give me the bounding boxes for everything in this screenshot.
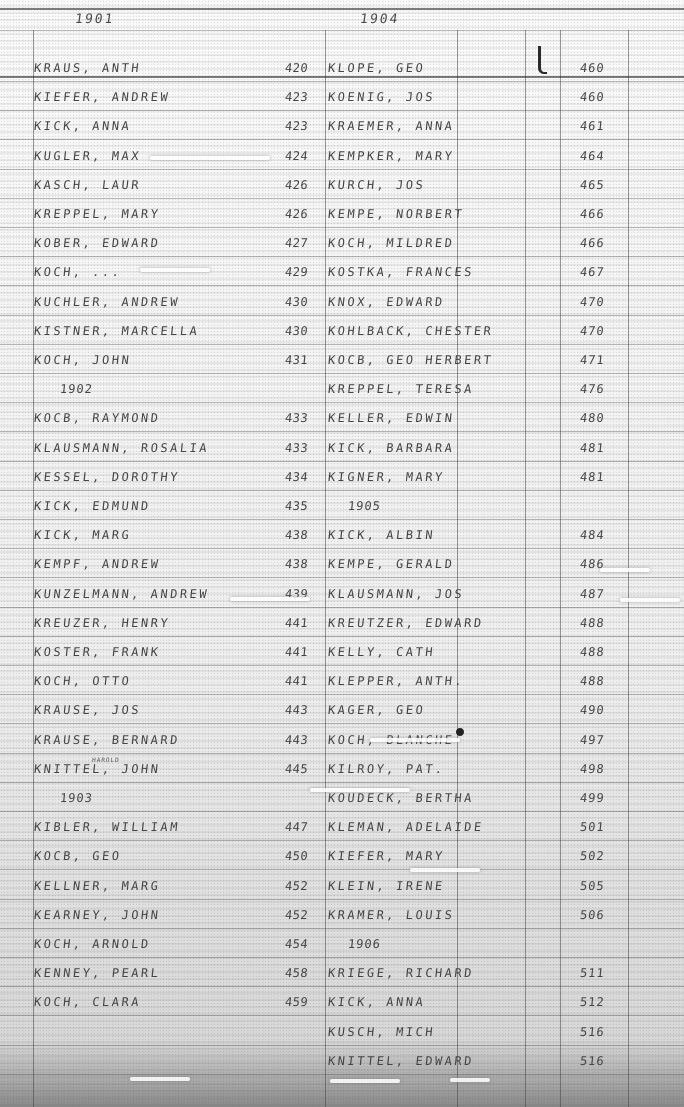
ledger-row: KOCH, JOHN431KOCB, GEO HERBERT471 [0,345,684,374]
ledger-row: KISTNER, MARCELLA430KOHLBACK, CHESTER470 [0,316,684,345]
ledger-row: KICK, EDMUND4351905 [0,491,684,520]
left-name: KIBLER, WILLIAM [33,820,180,834]
left-name: KELLNER, MARG [33,879,161,893]
right-name: KICK, ALBIN [327,528,435,542]
ledger-row: KUCHLER, ANDREW430KNOX, EDWARD470 [0,287,684,316]
page-reference: 516 [579,1054,605,1068]
page-reference: 502 [579,849,605,863]
right-name: KIGNER, MARY [327,470,445,484]
page-reference: 470 [579,324,605,338]
right-name: KELLY, CATH [327,645,435,659]
right-name: KILROY, PAT. [327,762,445,776]
right-name: KNITTEL, EDWARD [327,1054,474,1068]
right-name: KELLER, EDWIN [327,411,455,425]
page-reference: 497 [579,733,605,747]
right-name: KREUTZER, EDWARD [327,616,484,630]
entry-number: 434 [284,470,309,484]
entry-number: 452 [284,908,309,922]
ledger-row: KOCB, RAYMOND433KELLER, EDWIN480 [0,403,684,432]
page-reference: 505 [579,879,605,893]
entry-number: 459 [284,995,309,1009]
ledger-row: KEMPF, ANDREW438KEMPE, GERALD486 [0,549,684,578]
page-reference: 461 [579,119,605,133]
entry-number: 431 [284,353,309,367]
left-name: KOCB, GEO [33,849,122,863]
entry-number: 423 [284,119,309,133]
page-reference: 466 [579,236,605,250]
right-name: KURCH, JOS [327,178,426,192]
entry-number: 420 [284,61,309,75]
smudge [370,738,460,742]
right-name: KNOX, EDWARD [327,295,445,309]
smudge [620,598,680,602]
header-rule [0,8,684,10]
entry-number: 429 [284,265,309,279]
left-name: KOCH, OTTO [33,674,132,688]
right-name: KIEFER, MARY [327,849,445,863]
ledger-row: KELLNER, MARG452KLEIN, IRENE505 [0,871,684,900]
entry-number: 458 [284,966,309,980]
entry-number: 443 [284,733,309,747]
page-reference: 488 [579,616,605,630]
left-name: KUCHLER, ANDREW [33,295,180,309]
ledger-row: KOCH, CLARA459KICK, ANNA512 [0,987,684,1016]
ledger-row: KUGLER, MAX424KEMPKER, MARY464 [0,141,684,170]
entry-number: 438 [284,557,309,571]
ledger-row: KOBER, EDWARD427KOCH, MILDRED466 [0,228,684,257]
left-name: KUGLER, MAX [33,149,141,163]
right-name: KLAUSMANN, JOS [327,587,465,601]
ledger-row: KOCH, OTTO441KLEPPER, ANTH.488 [0,666,684,695]
smudge [600,568,650,572]
page-reference: 465 [579,178,605,192]
ledger-row: KIBLER, WILLIAM447KLEMAN, ADELAIDE501 [0,812,684,841]
smudge [230,597,310,601]
right-name: KEMPE, NORBERT [327,207,465,221]
inserted-name-note: HAROLD [92,757,120,764]
section-year: 1902 [59,382,93,396]
left-name: KICK, ANNA [33,119,132,133]
entry-number: 430 [284,324,309,338]
left-name: KOCH, ARNOLD [33,937,151,951]
page-reference: 512 [579,995,605,1009]
ledger-row: KOCH, ARNOLD4541906 [0,929,684,958]
ledger-row: KUSCH, MICH516 [0,1017,684,1046]
ledger-row: KRAUSE, JOS443KAGER, GEO490 [0,695,684,724]
right-name: KOCH, MILDRED [327,236,455,250]
right-name: KREPPEL, TERESA [327,382,474,396]
ledger-row: 1902KREPPEL, TERESA476 [0,374,684,403]
page-reference: 487 [579,587,605,601]
entry-number: 433 [284,441,309,455]
entry-number: 423 [284,90,309,104]
page-reference: 466 [579,207,605,221]
left-name: KOBER, EDWARD [33,236,161,250]
left-name: KREUZER, HENRY [33,616,171,630]
header-rule [0,30,684,31]
right-name: KLOPE, GEO [327,61,426,75]
ledger-row: KEARNEY, JOHN452KRAMER, LOUIS506 [0,900,684,929]
ledger-row: KOSTER, FRANK441KELLY, CATH488 [0,637,684,666]
smudge [330,1079,400,1083]
ledger-row: KASCH, LAUR426KURCH, JOS465 [0,170,684,199]
right-name: KOENIG, JOS [327,90,435,104]
ledger-row: KRAUSE, BERNARD443KOCH, BLANCHE497 [0,725,684,754]
left-name: KEARNEY, JOHN [33,908,161,922]
left-name: KICK, EDMUND [33,499,151,513]
ledger-row: KNITTEL, JOHN445KILROY, PAT.498HAROLD [0,754,684,783]
left-name: KLAUSMANN, ROSALIA [33,441,210,455]
page-reference: 467 [579,265,605,279]
left-name: KRAUS, ANTH [33,61,141,75]
left-name: KASCH, LAUR [33,178,141,192]
entry-number: 424 [284,149,309,163]
left-name: KESSEL, DOROTHY [33,470,180,484]
page-reference: 516 [579,1025,605,1039]
left-name: KRAUSE, JOS [33,703,141,717]
right-name: KAGER, GEO [327,703,426,717]
right-name: KUSCH, MICH [327,1025,435,1039]
ledger-row: KREPPEL, MARY426KEMPE, NORBERT466 [0,199,684,228]
ledger-page: 1901 1904 KRAUS, ANTH420KLOPE, GEO460KIE… [0,0,684,1107]
right-name: KOSTKA, FRANCES [327,265,474,279]
right-name: KLEMAN, ADELAIDE [327,820,484,834]
right-column-year: 1904 [359,12,400,27]
left-name: KOCB, RAYMOND [33,411,161,425]
section-year: 1906 [347,937,381,951]
page-reference: 490 [579,703,605,717]
entry-number: 441 [284,645,309,659]
left-name: KENNEY, PEARL [33,966,161,980]
right-name: KRAMER, LOUIS [327,908,455,922]
entry-number: 441 [284,616,309,630]
page-reference: 488 [579,645,605,659]
page-reference: 499 [579,791,605,805]
entry-number: 441 [284,674,309,688]
left-name: KREPPEL, MARY [33,207,161,221]
page-reference: 476 [579,382,605,396]
right-name: KEMPKER, MARY [327,149,455,163]
entry-number: 430 [284,295,309,309]
left-name: KOCH, CLARA [33,995,141,1009]
entry-number: 426 [284,178,309,192]
ledger-row: KESSEL, DOROTHY434KIGNER, MARY481 [0,462,684,491]
left-name: KOSTER, FRANK [33,645,161,659]
right-name: KOCB, GEO HERBERT [327,353,494,367]
page-reference: 460 [579,90,605,104]
right-name: KRAEMER, ANNA [327,119,455,133]
ledger-row: KENNEY, PEARL458KRIEGE, RICHARD511 [0,958,684,987]
left-name: KUNZELMANN, ANDREW [33,587,210,601]
page-reference: 506 [579,908,605,922]
ledger-row: KIEFER, ANDREW423KOENIG, JOS460 [0,82,684,111]
smudge [130,1077,190,1081]
left-column-year: 1901 [74,12,115,27]
row-rule [0,1074,684,1075]
entry-number: 433 [284,411,309,425]
ledger-row: KREUZER, HENRY441KREUTZER, EDWARD488 [0,608,684,637]
entry-number: 427 [284,236,309,250]
entry-number: 438 [284,528,309,542]
smudge [150,156,270,160]
right-name: KRIEGE, RICHARD [327,966,474,980]
right-name: KLEPPER, ANTH. [327,674,465,688]
smudge [310,788,410,792]
page-reference: 511 [579,966,605,980]
right-name: KEMPE, GERALD [327,557,455,571]
entry-number: 426 [284,207,309,221]
entry-number: 443 [284,703,309,717]
smudge [410,868,480,872]
entry-number: 454 [284,937,309,951]
ledger-row: KOCH, ...429KOSTKA, FRANCES467 [0,257,684,286]
section-year: 1905 [347,499,381,513]
left-name: KISTNER, MARCELLA [33,324,200,338]
left-name: KICK, MARG [33,528,132,542]
left-name: KEMPF, ANDREW [33,557,161,571]
right-name: KICK, BARBARA [327,441,455,455]
ledger-row: KRAUS, ANTH420KLOPE, GEO460 [0,53,684,82]
entry-number: 447 [284,820,309,834]
entry-number: 445 [284,762,309,776]
smudge [450,1078,490,1082]
left-name: KIEFER, ANDREW [33,90,171,104]
page-reference: 470 [579,295,605,309]
ledger-row: KICK, MARG438KICK, ALBIN484 [0,520,684,549]
left-name: KOCH, ... [33,265,122,279]
right-name: KOUDECK, BERTHA [327,791,474,805]
ledger-row: KLAUSMANN, ROSALIA433KICK, BARBARA481 [0,433,684,462]
right-name: KICK, ANNA [327,995,426,1009]
ink-blot [456,728,464,736]
ledger-row: KNITTEL, EDWARD516 [0,1046,684,1075]
entry-number: 452 [284,879,309,893]
left-name: KRAUSE, BERNARD [33,733,180,747]
entry-number: 450 [284,849,309,863]
ledger-row: KUNZELMANN, ANDREW439KLAUSMANN, JOS487 [0,579,684,608]
page-reference: 481 [579,441,605,455]
page-reference: 460 [579,61,605,75]
right-name: KLEIN, IRENE [327,879,445,893]
section-year: 1903 [59,791,93,805]
page-reference: 471 [579,353,605,367]
page-reference: 481 [579,470,605,484]
entry-number: 435 [284,499,309,513]
ledger-row: KOCB, GEO450KIEFER, MARY502 [0,841,684,870]
page-reference: 484 [579,528,605,542]
ledger-row: KICK, ANNA423KRAEMER, ANNA461 [0,111,684,140]
left-name: KOCH, JOHN [33,353,132,367]
right-name: KOHLBACK, CHESTER [327,324,494,338]
page-reference: 464 [579,149,605,163]
page-reference: 498 [579,762,605,776]
page-reference: 488 [579,674,605,688]
page-reference: 480 [579,411,605,425]
smudge [140,268,210,272]
page-reference: 501 [579,820,605,834]
